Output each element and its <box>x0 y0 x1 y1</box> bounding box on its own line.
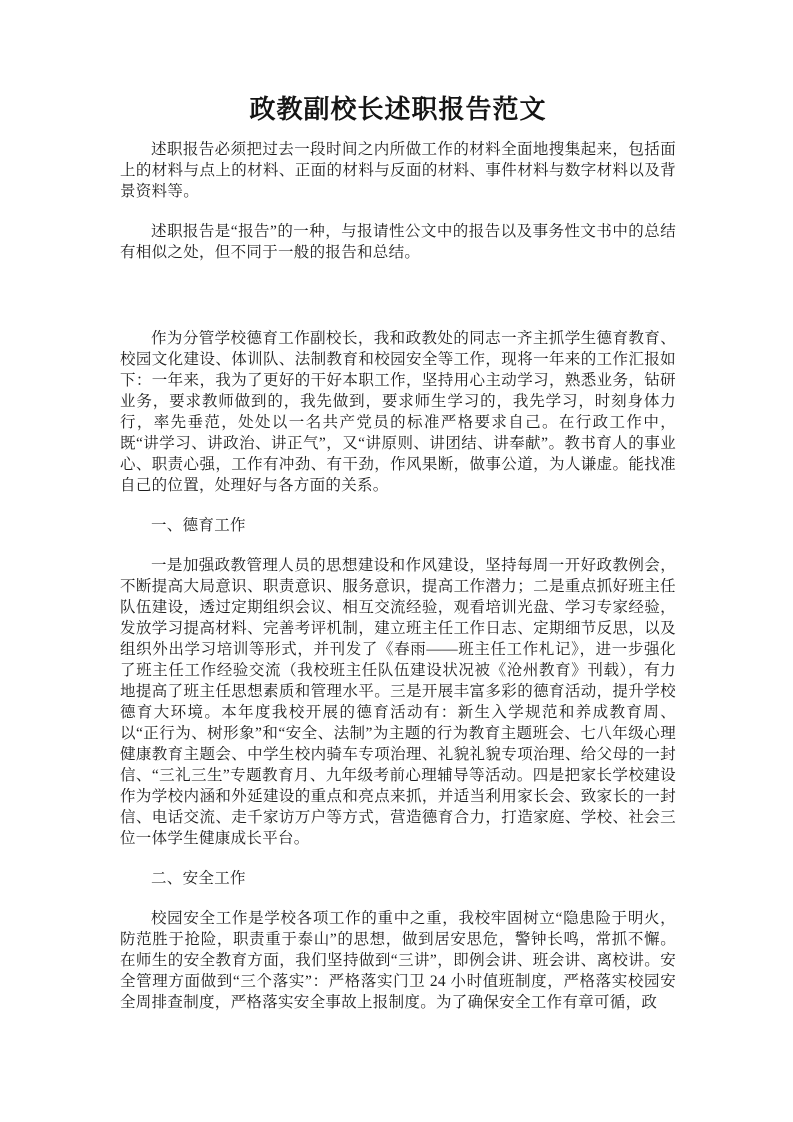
body-paragraph-overview: 作为分管学校德育工作副校长，我和政教处的同志一齐主抓学生德育教育、校园文化建设、… <box>120 328 676 496</box>
document-page: 政教副校长述职报告范文 述职报告必须把过去一段时间之内所做工作的材料全面地搜集起… <box>0 0 793 1122</box>
section-heading-safety: 二、安全工作 <box>120 868 676 889</box>
intro-paragraph-2: 述职报告是“报告”的一种，与报请性公文中的报告以及事务性文书中的总结有相似之处，… <box>120 221 676 263</box>
section-heading-moral-education: 一、德育工作 <box>120 515 676 536</box>
document-title: 政教副校长述职报告范文 <box>120 90 676 130</box>
intro-paragraph-1: 述职报告必须把过去一段时间之内所做工作的材料全面地搜集起来，包括面上的材料与点上… <box>120 139 676 202</box>
body-paragraph-safety: 校园安全工作是学校各项工作的重中之重，我校牢固树立“隐患险于明火，防范胜于抢险，… <box>120 908 676 1013</box>
body-paragraph-moral-education: 一是加强政教管理人员的思想建设和作风建设，坚持每周一开好政教例会，不断提高大局意… <box>120 555 676 849</box>
